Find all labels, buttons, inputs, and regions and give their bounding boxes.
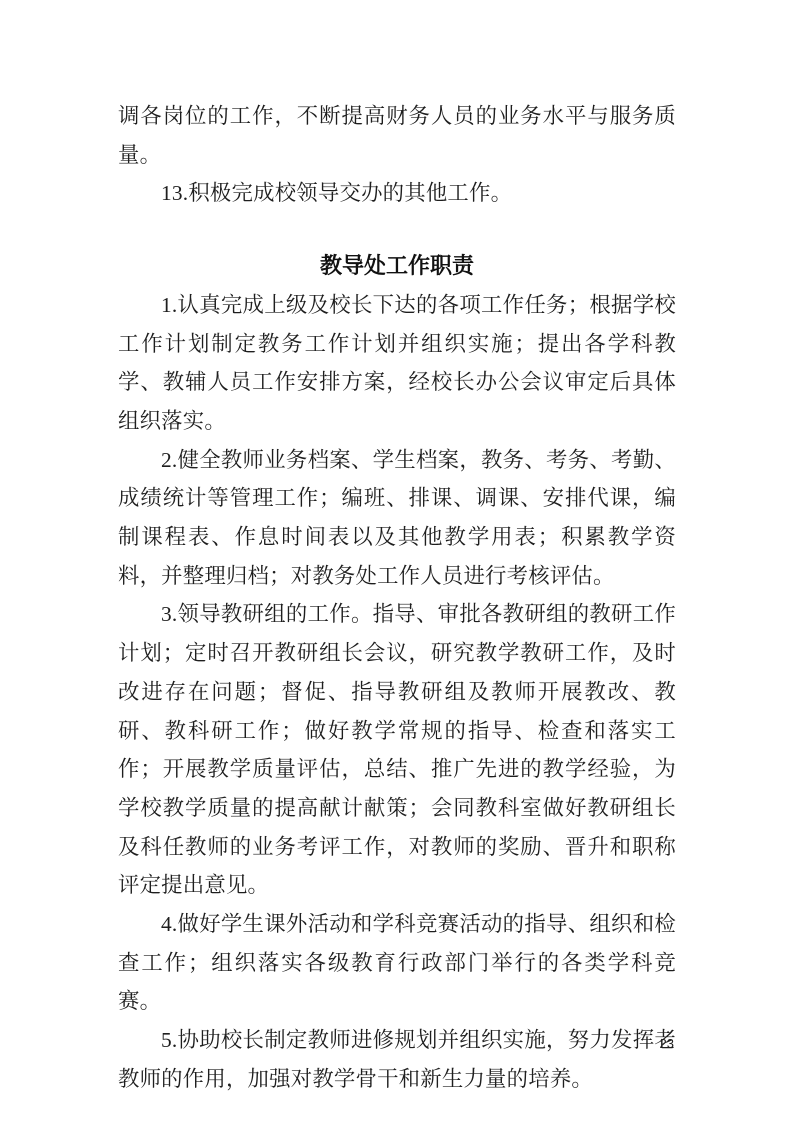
section-heading: 教导处工作职责 (118, 247, 676, 286)
document-body: 调各岗位的工作，不断提高财务人员的业务水平与服务质量。13.积极完成校领导交办的… (118, 97, 676, 1099)
page-number: 23 (660, 1036, 674, 1052)
document-page: 调各岗位的工作，不断提高财务人员的业务水平与服务质量。13.积极完成校领导交办的… (0, 0, 793, 1122)
paragraph-item-13: 13.积极完成校领导交办的其他工作。 (118, 174, 676, 213)
paragraph-continuation: 调各岗位的工作，不断提高财务人员的业务水平与服务质量。 (118, 97, 676, 174)
paragraph-item-3: 3.领导教研组的工作。指导、审批各教研组的教研工作计划；定时召开教研组长会议，研… (118, 595, 676, 905)
paragraph-item-1: 1.认真完成上级及校长下达的各项工作任务；根据学校工作计划制定教务工作计划并组织… (118, 286, 676, 441)
paragraph-item-5: 5.协助校长制定教师进修规划并组织实施，努力发挥老教师的作用，加强对教学骨干和新… (118, 1021, 676, 1098)
paragraph-item-2: 2.健全教师业务档案、学生档案，教务、考务、考勤、成绩统计等管理工作；编班、排课… (118, 441, 676, 596)
paragraph-item-4: 4.做好学生课外活动和学科竞赛活动的指导、组织和检查工作；组织落实各级教育行政部… (118, 905, 676, 1021)
